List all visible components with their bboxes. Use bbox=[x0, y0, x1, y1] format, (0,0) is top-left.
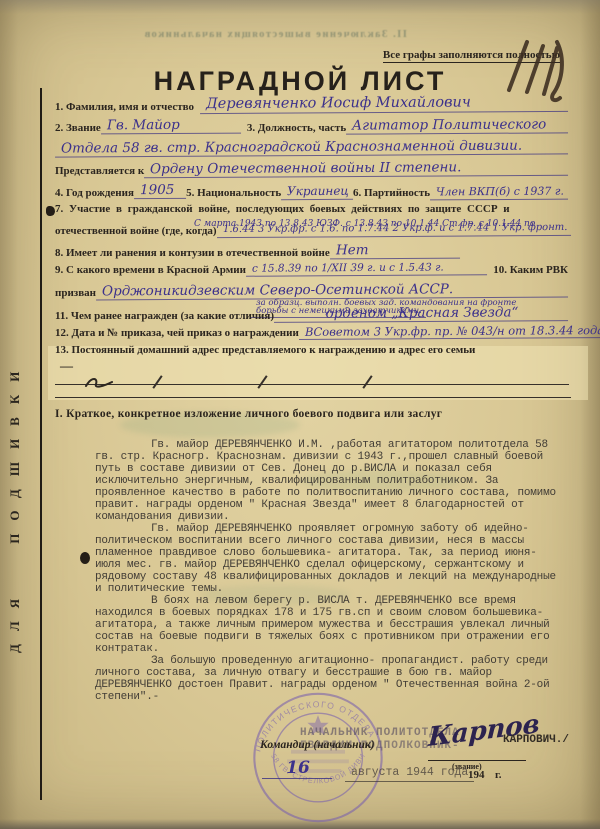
home-address-label: 13. Постоянный домашний адрес представля… bbox=[55, 344, 475, 356]
body-paragraph: Гв. майор ДЕРЕВЯНЧЕНКО И.М. ,работая аги… bbox=[95, 439, 568, 523]
date-month-typed: августа 1944 года bbox=[345, 766, 474, 782]
position-value-2: Отдела 58 гв. стр. Красноградской Красно… bbox=[55, 138, 568, 157]
wounds-value: Нет bbox=[330, 243, 460, 260]
army-since-label: 9. С какого времени в Красной Армии bbox=[55, 264, 246, 276]
field-row-name: 1. Фамилия, имя и отчество Деревянченко … bbox=[55, 96, 568, 113]
hole-punch bbox=[80, 552, 90, 564]
rank-label: 2. Звание bbox=[55, 122, 101, 134]
margin-vertical-label: ДЛЯ ПОДШИВКИ bbox=[7, 241, 25, 653]
birth-year-label: 4. Год рождения bbox=[55, 187, 134, 199]
section1-heading: I. Краткое, конкретное изложение личного… bbox=[55, 408, 442, 420]
field-row-birth-nation-party: 4. Год рождения 1905 5. Национальность У… bbox=[55, 183, 568, 199]
army-since-value: с 15.8.39 по 1/XII 39 г. и с 1.5.43 г. bbox=[246, 262, 487, 276]
body-paragraph: В боях на левом берегу р. ВИСЛА т. ДЕРЕВ… bbox=[95, 595, 568, 655]
field-row-order-number: 12. Дата и № приказа, чей приказ о награ… bbox=[55, 325, 568, 339]
position-label: 3. Должность, часть bbox=[247, 122, 346, 134]
rank-value: Гв. Майор bbox=[101, 118, 241, 135]
field-row-prior-awards: 11. Чем ранее награжден (за какие отличи… bbox=[55, 306, 568, 322]
field-row-position-cont: Отдела 58 гв. стр. Красноградской Красно… bbox=[55, 140, 568, 156]
field-row-wounds: 8. Имеет ли ранения и контузии в отечест… bbox=[55, 243, 568, 259]
blank-rule-line bbox=[55, 397, 571, 398]
citation-body: Гв. майор ДЕРЕВЯНЧЕНКО И.М. ,работая аги… bbox=[95, 439, 568, 703]
position-value: Агитатор Политического bbox=[346, 117, 568, 135]
document-title: НАГРАДНОЙ ЛИСТ bbox=[0, 66, 600, 97]
war-where-label: отечественной войне (где, когда) bbox=[55, 225, 217, 237]
name-label: 1. Фамилия, имя и отчество bbox=[55, 101, 194, 113]
nationality-label: 5. Национальность bbox=[186, 187, 281, 199]
unit-round-stamp: ПОЛИТИЧЕСКОГО ОТДЕЛА 58 ГВ. СТРЕЛКОВОЙ Д… bbox=[238, 690, 398, 825]
commander-label: Командир (начальник) bbox=[260, 739, 375, 751]
prior-awards-value: орденом „Красная Звезда“ bbox=[274, 305, 568, 323]
mirrored-ghost-text: II. Заключение вышестоящих начальников bbox=[60, 29, 490, 40]
body-paragraph: За большую проведенную агитационно- проп… bbox=[95, 655, 568, 703]
field-row-rank-position: 2. Звание Гв. Майор 3. Должность, часть … bbox=[55, 118, 568, 134]
date-day-field: 16 bbox=[262, 760, 332, 779]
field-row-war-where-when: отечественной войне (где, когда) 1.6.44 … bbox=[55, 224, 568, 237]
presented-label: Представляется к bbox=[55, 165, 144, 177]
pen-squiggle bbox=[84, 374, 114, 390]
field-row-army-service: 9. С какого времени в Красной Армии с 15… bbox=[55, 263, 568, 276]
year-printed: 194 bbox=[468, 769, 485, 781]
signature-surname-typed: КАРПОВИЧ./ bbox=[503, 734, 569, 746]
margin-rule bbox=[40, 88, 42, 800]
cross-out-slash bbox=[362, 375, 372, 388]
drafted-label: призван bbox=[55, 287, 96, 299]
presented-value: Ордену Отечественной войны II степени. bbox=[144, 160, 568, 179]
party-label: 6. Партийность bbox=[353, 187, 430, 199]
field-row-presented: Представляется к Ордену Отечественной во… bbox=[55, 161, 568, 177]
date-day-value: 16 bbox=[280, 758, 314, 779]
party-value: Член ВКП(б) с 1937 г. bbox=[430, 185, 568, 199]
signature-rule bbox=[428, 760, 526, 761]
prior-awards-label: 11. Чем ранее награжден (за какие отличи… bbox=[55, 310, 274, 322]
commander-signature: Карпов bbox=[428, 709, 541, 753]
birth-year-value: 1905 bbox=[134, 183, 186, 199]
wounds-label: 8. Имеет ли ранения и контузии в отечест… bbox=[55, 247, 330, 259]
blank-rule-line bbox=[55, 384, 569, 385]
award-sheet-document: II. Заключение вышестоящих начальников Д… bbox=[0, 0, 600, 829]
year-suffix: г. bbox=[495, 769, 502, 781]
field-row-home-address: 13. Постоянный домашний адрес представля… bbox=[55, 344, 568, 356]
order-number-value: ВСоветом 3 Укр.фр. пр. № 043/н от 18.3.4… bbox=[299, 324, 600, 340]
cross-out-slash bbox=[257, 375, 267, 388]
ink-blot bbox=[46, 206, 55, 216]
nationality-value: Украинец bbox=[281, 184, 353, 199]
cross-out-slash bbox=[152, 375, 162, 388]
body-paragraph: Гв. майор ДЕРЕВЯНЧЕНКО проявляет огромну… bbox=[95, 523, 568, 595]
home-address-value: — bbox=[60, 358, 73, 374]
name-value: Деревянченко Иосиф Михайлович bbox=[200, 95, 568, 114]
war-where-value: 1.6.44 3 Укр.фр. с 1.6. по 1.7.44 2 Укр.… bbox=[217, 223, 572, 238]
order-number-label: 12. Дата и № приказа, чей приказ о награ… bbox=[55, 327, 299, 339]
rvk-label: 10. Каким РВК bbox=[493, 264, 568, 276]
